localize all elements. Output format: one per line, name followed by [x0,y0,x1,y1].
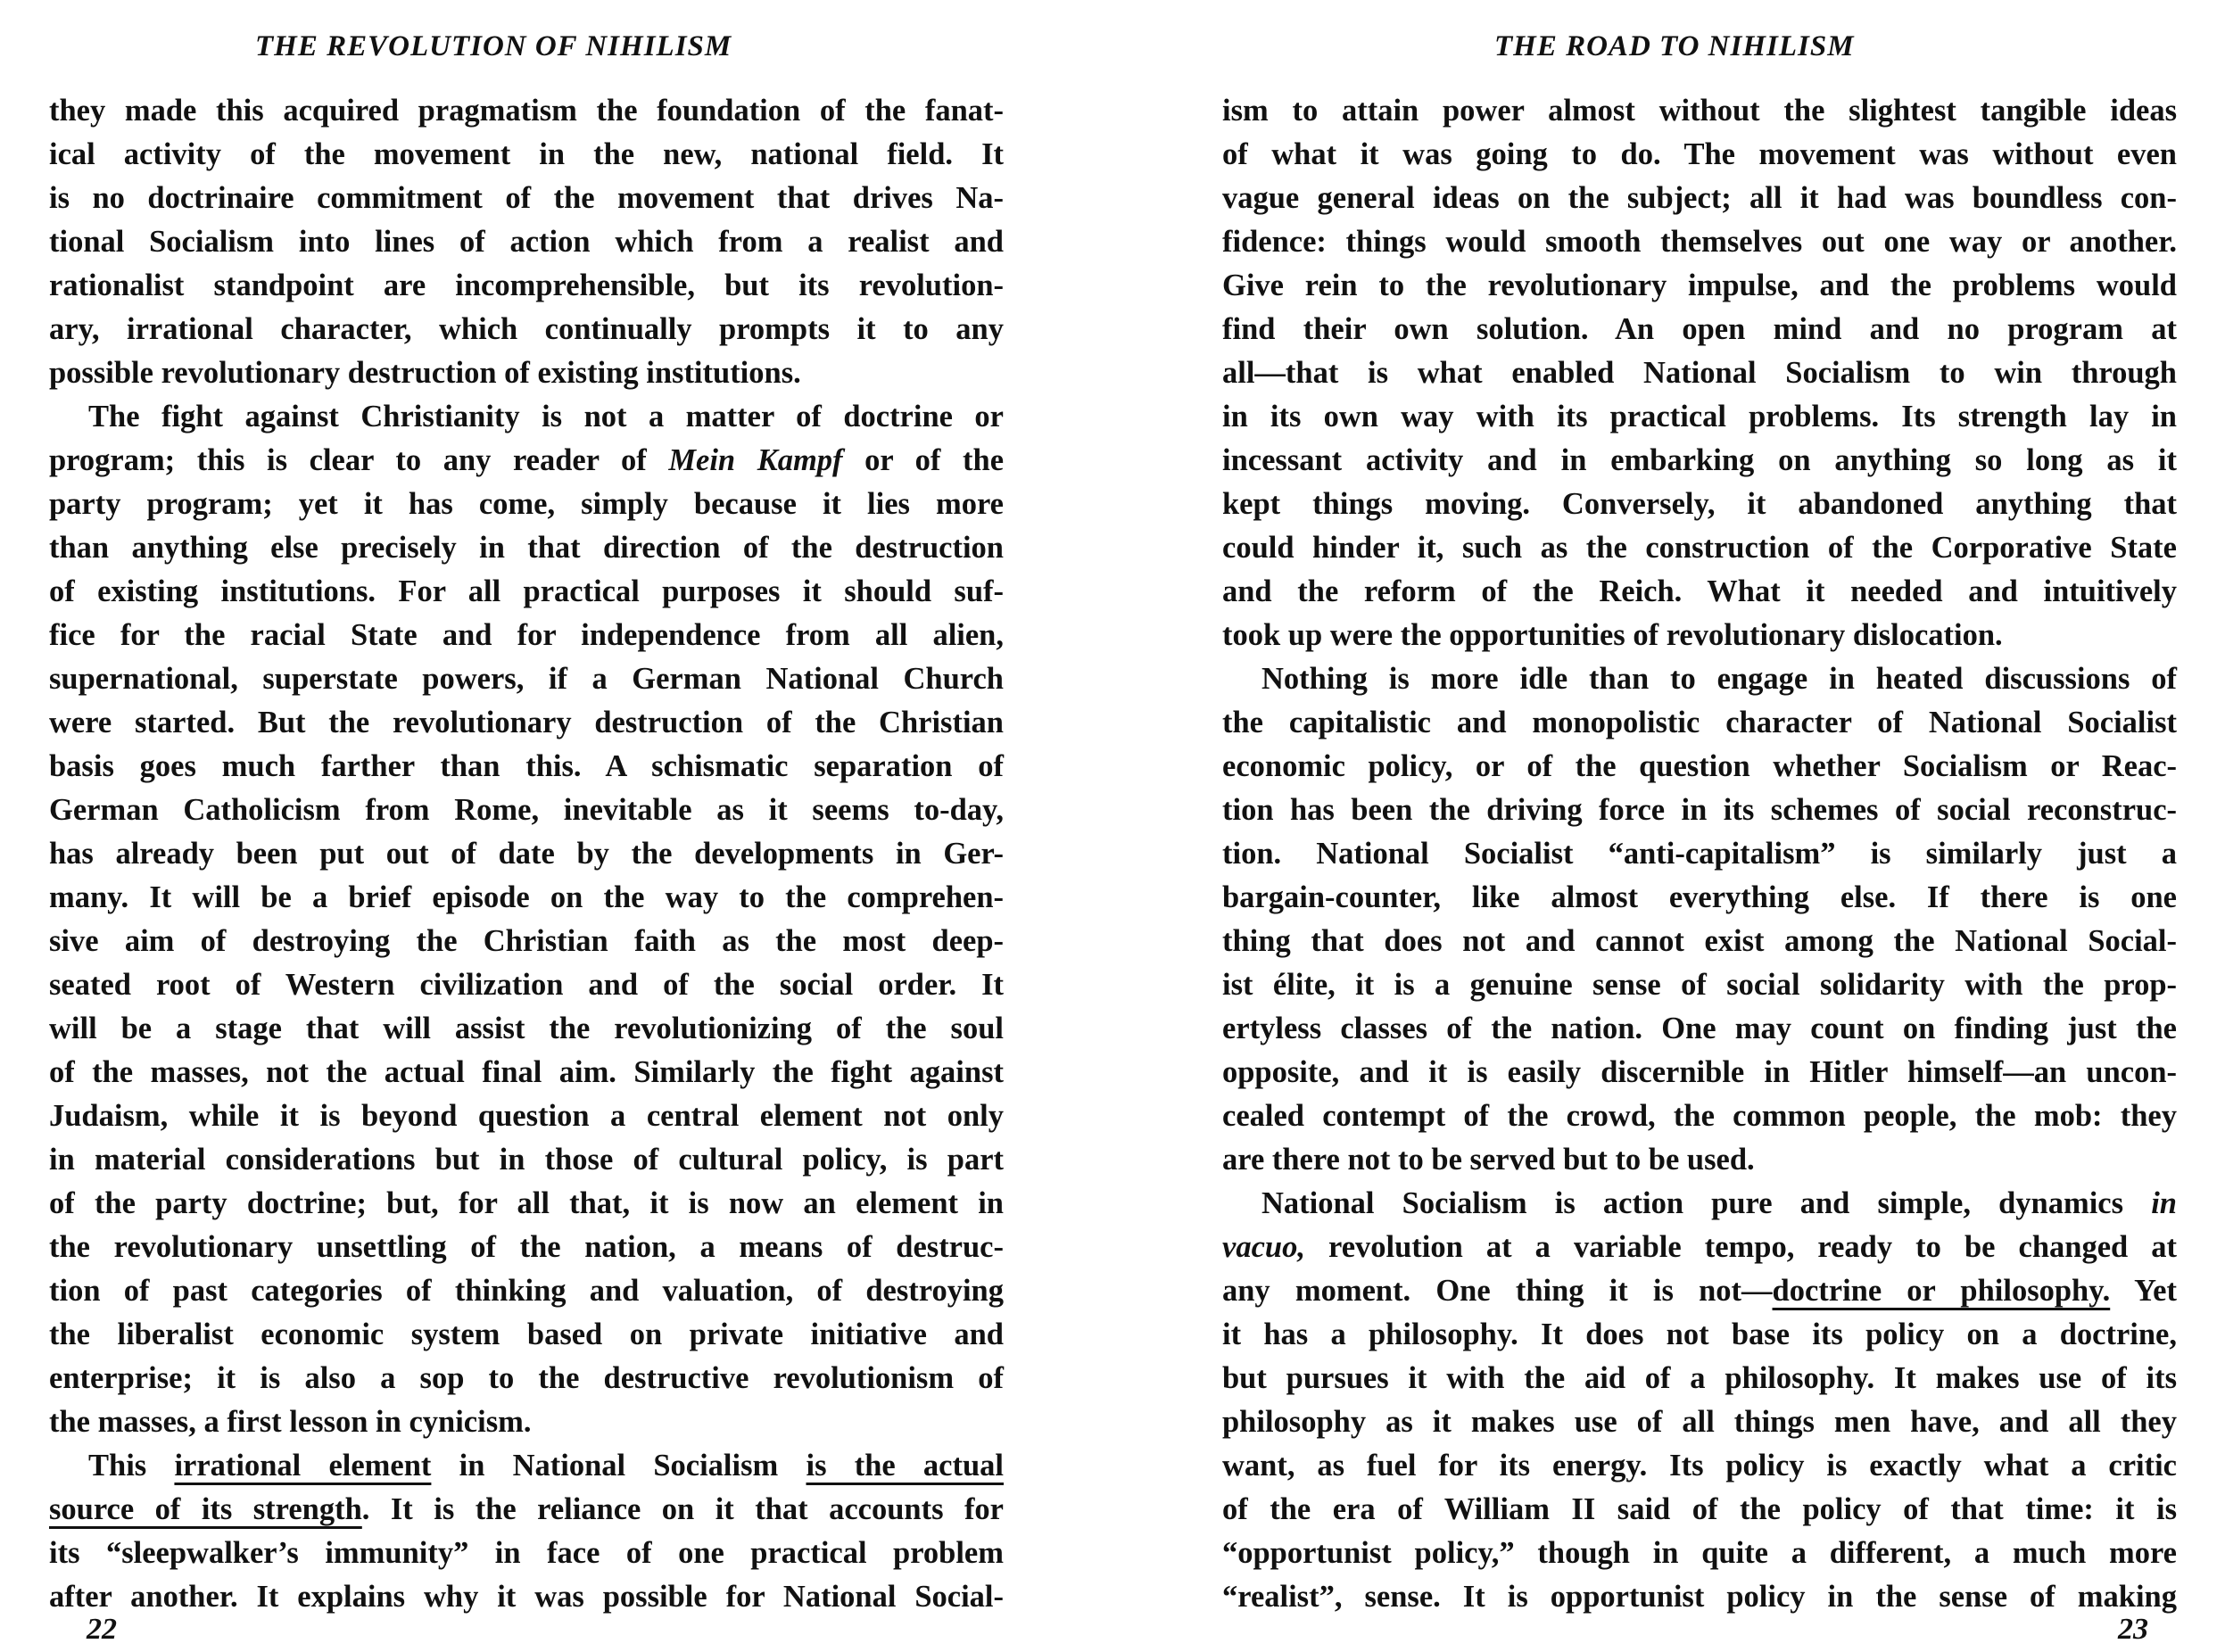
text-line: bargain-counter, like almost everything … [1222,876,2177,920]
text-line: Judaism, while it is beyond question a c… [49,1094,1004,1138]
page-number: 23 [2118,1613,2148,1647]
text-line: any moment. One thing it is not—doctrine… [1222,1269,2177,1313]
text-span: any moment. One thing it is not— [1222,1274,1773,1308]
text-line: Nothing is more idle than to engage in h… [1222,657,2177,701]
text-line: German Catholicism from Rome, inevitable… [49,789,1004,832]
text-line: they made this acquired pragmatism the f… [49,89,1004,133]
body-text: ism to attain power almost without the s… [1222,89,2177,1619]
text-line: find their own solution. An open mind an… [1222,308,2177,351]
text-line: of the party doctrine; but, for all that… [49,1182,1004,1226]
text-line: fidence: things would smooth themselves … [1222,220,2177,264]
text-line: the revolutionary unsettling of the nati… [49,1226,1004,1269]
book-title: Mein Kampf [668,443,842,477]
text-line: its “sleepwalker’s immunity” in face of … [49,1532,1004,1575]
text-span: Yet [2110,1274,2177,1308]
text-line: source of its strength. It is the relian… [49,1488,1004,1532]
text-line: will be a stage that will assist the rev… [49,1007,1004,1051]
body-text: they made this acquired pragmatism the f… [49,89,1004,1619]
text-line: the capitalistic and monopolistic charac… [1222,701,2177,745]
text-span: This [88,1449,174,1483]
running-head: THE ROAD TO NIHILISM [1494,30,1855,63]
text-line: thing that does not and cannot exist amo… [1222,920,2177,963]
text-line: supernational, superstate powers, if a G… [49,657,1004,701]
text-line: vague general ideas on the subject; all … [1222,177,2177,220]
text-line: ertyless classes of the nation. One may … [1222,1007,2177,1051]
text-line: party program; yet it has come, simply b… [49,483,1004,526]
text-line: ism to attain power almost without the s… [1222,89,2177,133]
text-line: tion has been the driving force in its s… [1222,789,2177,832]
text-line: has already been put out of date by the … [49,832,1004,876]
handwritten-underline: is the actual [806,1449,1004,1483]
text-line: cealed contempt of the crowd, the common… [1222,1094,2177,1138]
text-line: it has a philosophy. It does not base it… [1222,1313,2177,1357]
text-line: in material considerations but in those … [49,1138,1004,1182]
text-span: or of the [843,443,1004,477]
text-line: philosophy as it makes use of all things… [1222,1400,2177,1444]
text-line: of the era of William II said of the pol… [1222,1488,2177,1532]
text-line: National Socialism is action pure and si… [1222,1182,2177,1226]
page-number: 22 [87,1613,117,1647]
text-span: program; this is clear to any reader of [49,443,668,477]
text-line: of what it was going to do. The movement… [1222,133,2177,177]
text-line: economic policy, or of the question whet… [1222,745,2177,789]
text-line: ary, irrational character, which continu… [49,308,1004,351]
text-line: The fight against Christianity is not a … [49,395,1004,439]
handwritten-underline: source of its strength [49,1492,362,1526]
text-line: opposite, and it is easily discernible i… [1222,1051,2177,1094]
text-line: took up were the opportunities of revolu… [1222,614,2177,657]
text-line: seated root of Western civilization and … [49,963,1004,1007]
text-line: This irrational element in National Soci… [49,1444,1004,1488]
text-line: kept things moving. Conversely, it aband… [1222,483,2177,526]
left-page: THE REVOLUTION OF NIHILISM they made thi… [0,0,1112,1652]
text-line: want, as fuel for its energy. Its policy… [1222,1444,2177,1488]
text-span: revolution at a variable tempo, ready to… [1305,1230,2177,1264]
text-line: of the masses, not the actual final aim.… [49,1051,1004,1094]
text-line: many. It will be a brief episode on the … [49,876,1004,920]
text-line: “realist”, sense. It is opportunist poli… [1222,1575,2177,1619]
text-line: the liberalist economic system based on … [49,1313,1004,1357]
text-line: enterprise; it is also a sop to the dest… [49,1357,1004,1400]
text-line: are there not to be served but to be use… [1222,1138,2177,1182]
text-line: fice for the racial State and for indepe… [49,614,1004,657]
text-line: were started. But the revolutionary dest… [49,701,1004,745]
text-line: basis goes much farther than this. A sch… [49,745,1004,789]
text-line: the masses, a first lesson in cynicism. [49,1400,1004,1444]
text-line: after another. It explains why it was po… [49,1575,1004,1619]
text-line: than anything else precisely in that dir… [49,526,1004,570]
text-line: program; this is clear to any reader of … [49,439,1004,483]
text-line: Give rein to the revolutionary impulse, … [1222,264,2177,308]
right-page: THE ROAD TO NIHILISM ism to attain power… [1112,0,2225,1652]
text-span: National Socialism is action pure and si… [1261,1186,2151,1220]
text-line: ical activity of the movement in the new… [49,133,1004,177]
text-line: in its own way with its practical proble… [1222,395,2177,439]
text-line: possible revolutionary destruction of ex… [49,351,1004,395]
italic-phrase: vacuo, [1222,1230,1305,1264]
text-line: tion. National Socialist “anti-capitalis… [1222,832,2177,876]
text-span: . It is the reliance on it that accounts… [362,1492,1004,1526]
text-line: ist élite, it is a genuine sense of soci… [1222,963,2177,1007]
text-line: but pursues it with the aid of a philoso… [1222,1357,2177,1400]
text-line: tional Socialism into lines of action wh… [49,220,1004,264]
running-head: THE REVOLUTION OF NIHILISM [255,30,732,63]
handwritten-underline: doctrine or philosophy. [1773,1274,2111,1308]
text-line: “opportunist policy,” though in quite a … [1222,1532,2177,1575]
italic-phrase: in [2151,1186,2177,1220]
text-line: of existing institutions. For all practi… [49,570,1004,614]
text-line: tion of past categories of thinking and … [49,1269,1004,1313]
text-line: sive aim of destroying the Christian fai… [49,920,1004,963]
text-line: and the reform of the Reich. What it nee… [1222,570,2177,614]
text-line: could hinder it, such as the constructio… [1222,526,2177,570]
text-span: in National Socialism [431,1449,806,1483]
text-line: incessant activity and in embarking on a… [1222,439,2177,483]
text-line: all—that is what enabled National Social… [1222,351,2177,395]
handwritten-underline: irrational element [174,1449,431,1483]
text-line: rationalist standpoint are incomprehensi… [49,264,1004,308]
text-line: vacuo, revolution at a variable tempo, r… [1222,1226,2177,1269]
text-line: is no doctrinaire commitment of the move… [49,177,1004,220]
